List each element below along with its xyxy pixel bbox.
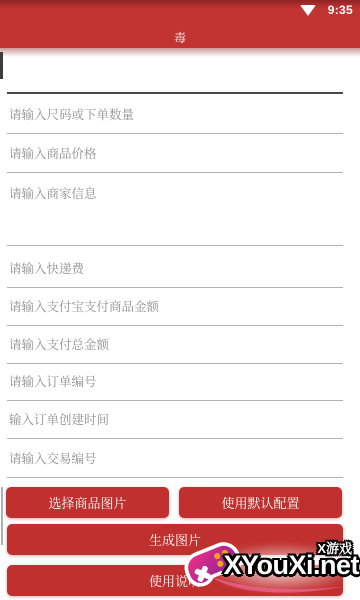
wifi-icon (300, 5, 316, 16)
field-alipay-product-amount (7, 296, 343, 326)
field-size-or-quantity (7, 104, 343, 134)
use-default-config-button[interactable]: 使用默认配置 (179, 487, 342, 518)
size-or-quantity-input[interactable] (7, 104, 343, 134)
transaction-number-input[interactable] (7, 448, 343, 478)
watermark-site-text: XYouXi.net (223, 550, 359, 581)
alipay-product-amount-input[interactable] (7, 296, 343, 326)
scrollbar-thumb[interactable] (0, 52, 3, 79)
field-top-empty (7, 64, 343, 94)
app-header: 9:35 毒 (0, 0, 360, 48)
select-product-image-button[interactable]: 选择商品图片 (6, 487, 169, 518)
field-order-create-time (7, 409, 343, 439)
order-number-input[interactable] (7, 371, 343, 401)
status-bar: 9:35 (0, 0, 360, 22)
merchant-info-textarea[interactable] (7, 181, 343, 246)
field-merchant-info (7, 181, 343, 246)
field-product-price (7, 143, 343, 173)
watermark: X游戏 XYouXi.net (178, 528, 360, 600)
order-create-time-input[interactable] (7, 409, 343, 439)
shipping-fee-input[interactable] (7, 258, 343, 288)
field-total-payment-amount (7, 334, 343, 364)
top-empty-input[interactable] (7, 64, 343, 94)
app-title: 毒 (0, 29, 360, 46)
left-edge-line (1, 487, 3, 545)
field-shipping-fee (7, 258, 343, 288)
app-screen: 9:35 毒 选择商品图片 使用默认配置 生成图片 使用说明 (0, 0, 360, 600)
status-time: 9:35 (328, 3, 353, 17)
total-payment-amount-input[interactable] (7, 334, 343, 364)
field-transaction-number (7, 448, 343, 478)
field-order-number (7, 371, 343, 401)
product-price-input[interactable] (7, 143, 343, 173)
